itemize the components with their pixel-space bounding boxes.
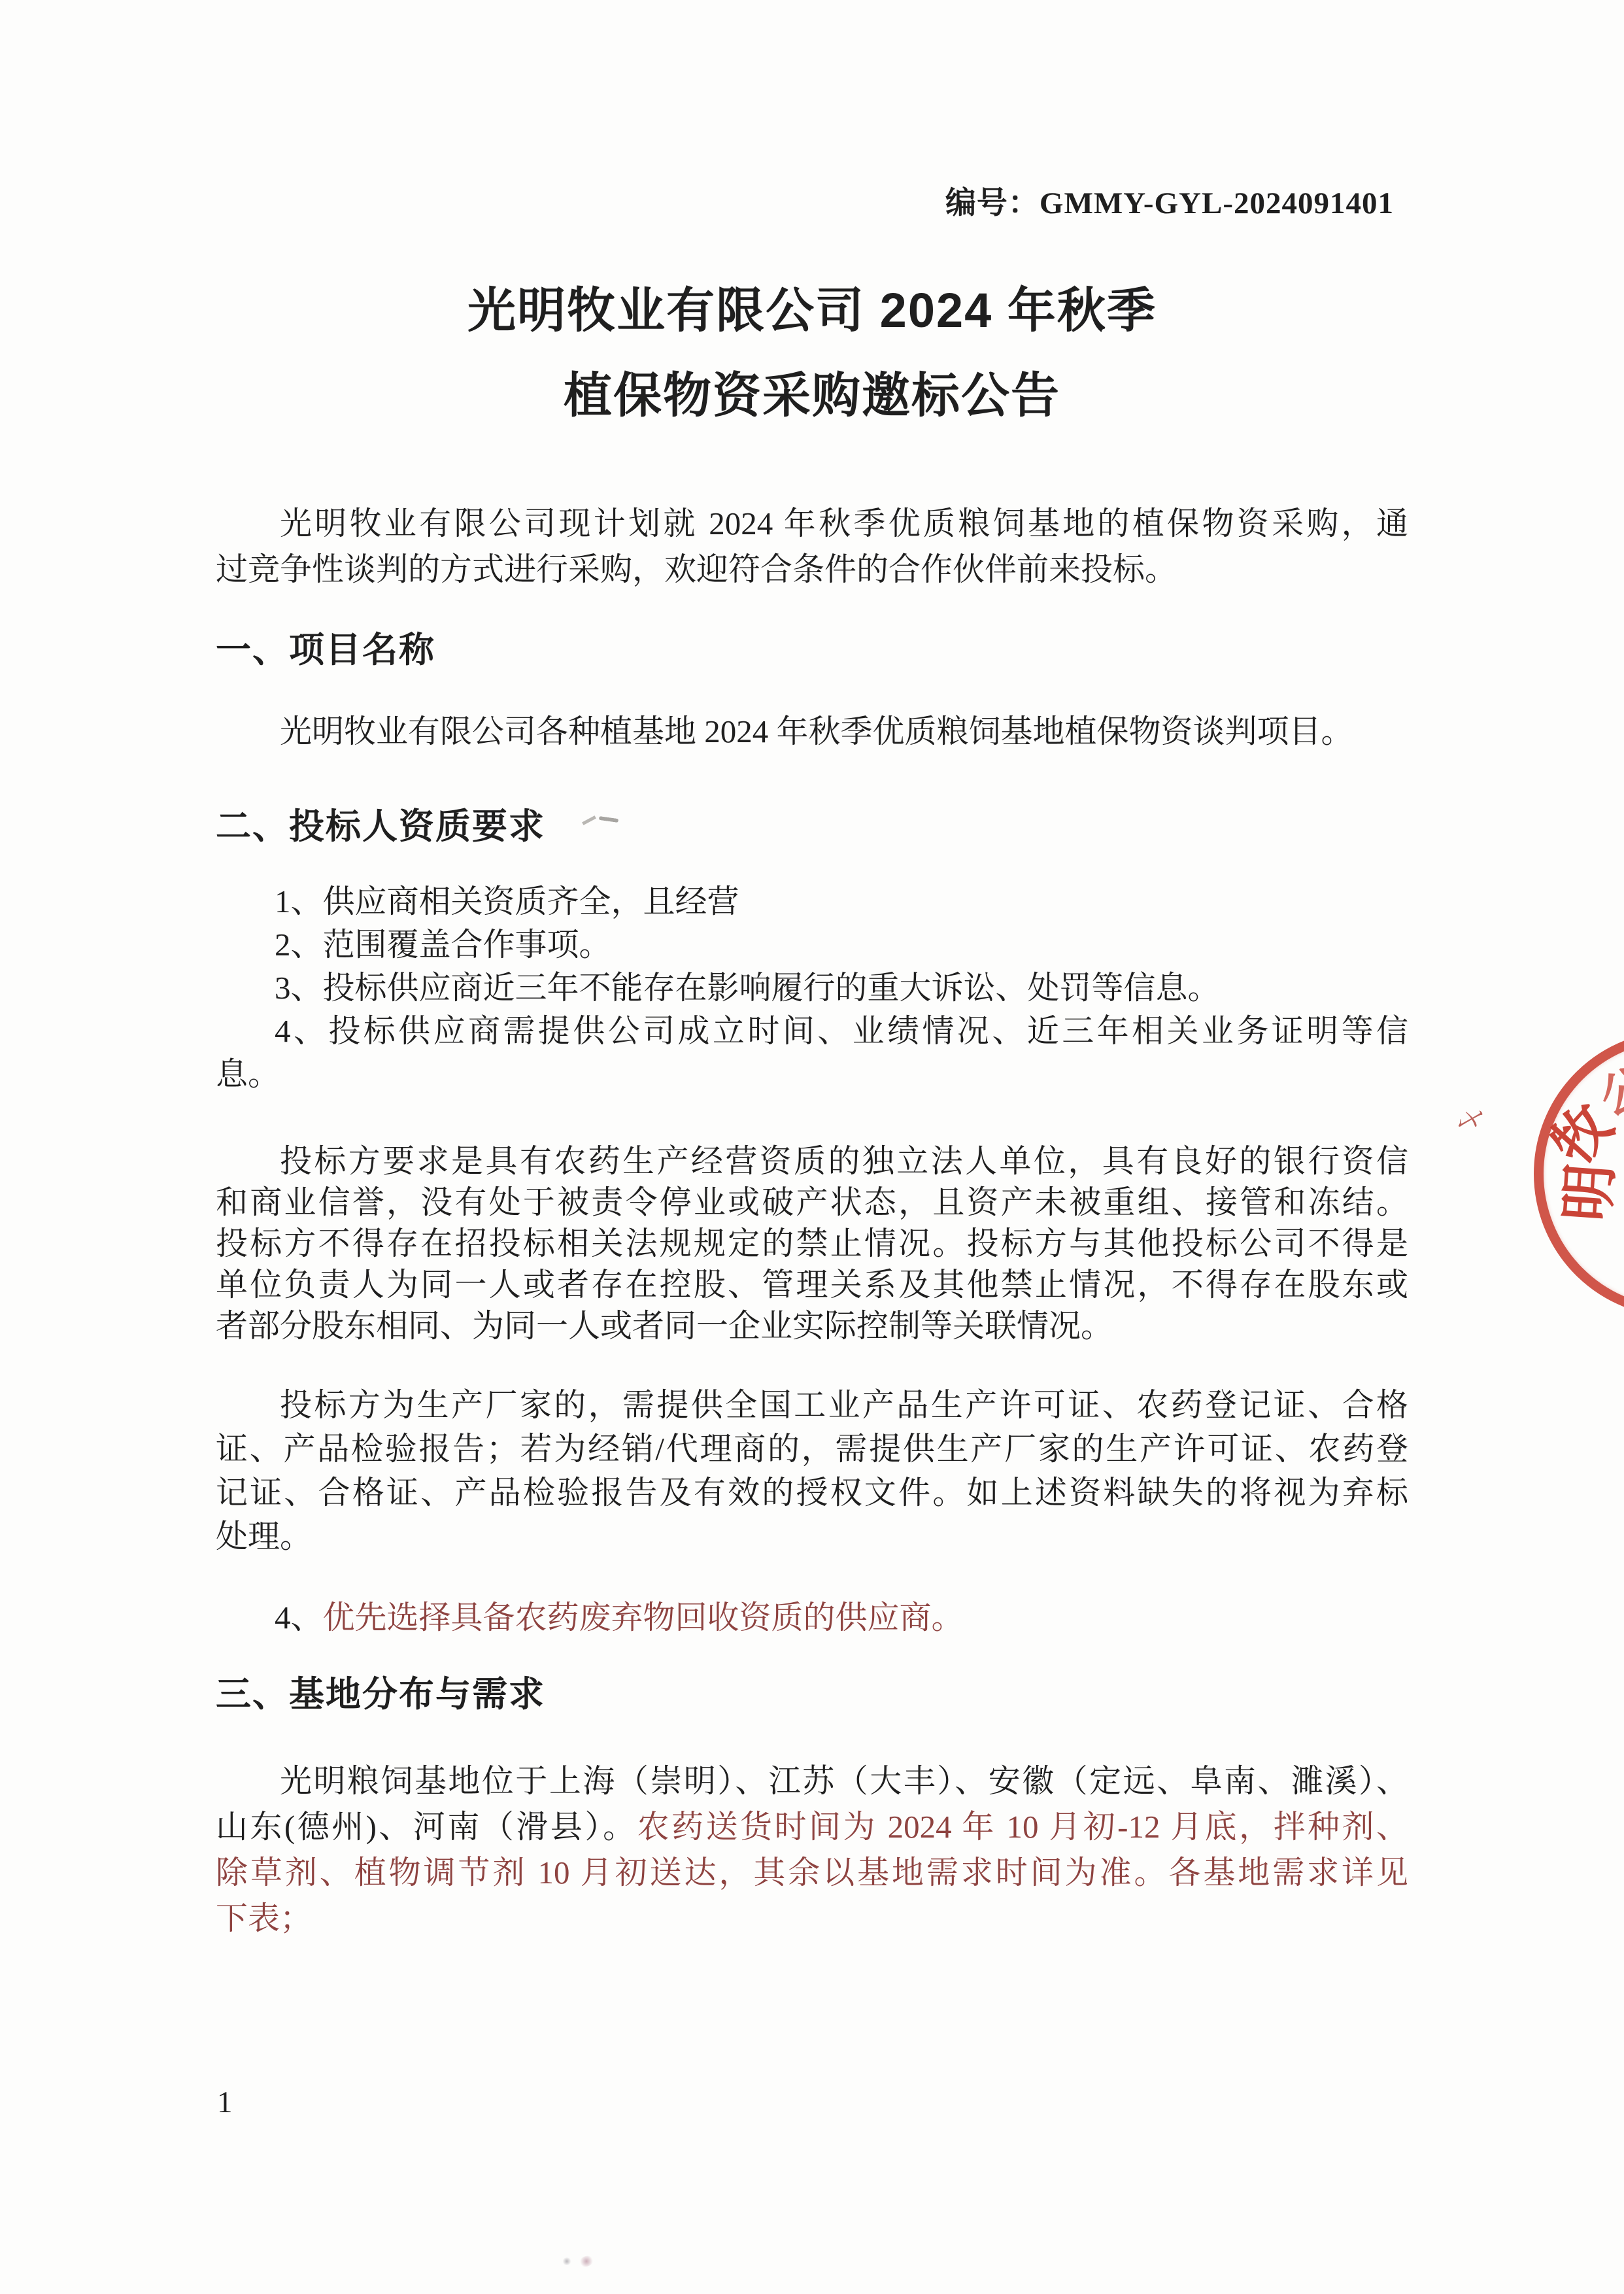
priority-red-text: 优先选择具备农药废弃物回收资质的供应商。 — [323, 1600, 964, 1635]
list-item: 4、投标供应商需提供公司成立时间、业绩情况、近三年相关业务证明等信 — [216, 1010, 1408, 1053]
paragraph-line: 投标方为生产厂家的，需提供全国工业产品生产许可证、农药登记证、合格 — [216, 1383, 1408, 1427]
paragraph-line: 投标方不得存在招投标相关法规规定的禁止情况。投标方与其他投标公司不得是 — [216, 1223, 1408, 1264]
page-number: 1 — [217, 2085, 233, 2120]
document-title-line2: 植保物资采购邀标公告 — [216, 366, 1408, 425]
document-title-line1: 光明牧业有限公司 2024 年秋季 — [216, 281, 1408, 340]
qualification-list: 1、供应商相关资质齐全，且经营 2、范围覆盖合作事项。 3、投标供应商近三年不能… — [216, 880, 1408, 1096]
bases-black-text: 山东(德州)、河南（滑县）。 — [216, 1809, 637, 1845]
seal-character-ming: 明 — [1542, 1161, 1624, 1224]
scan-smudge-artifact — [578, 2254, 595, 2269]
intro-line: 光明牧业有限公司现计划就 2024 年秋季优质粮饲基地的植保物资采购，通 — [216, 501, 1408, 547]
manufacturer-docs-paragraph: 投标方为生产厂家的，需提供全国工业产品生产许可证、农药登记证、合格 证、产品检验… — [216, 1383, 1408, 1558]
paragraph-line: 处理。 — [216, 1515, 1408, 1558]
list-item-wrap: 息。 — [216, 1053, 1408, 1096]
bidder-requirement-paragraph: 投标方要求是具有农药生产经营资质的独立法人单位，具有良好的银行资信 和商业信誉，… — [216, 1140, 1408, 1346]
section1-heading: 一、项目名称 — [216, 629, 1408, 671]
paragraph-line: 投标方要求是具有农药生产经营资质的独立法人单位，具有良好的银行资信 — [216, 1140, 1408, 1182]
paragraph-line-red: 下表； — [216, 1896, 1408, 1942]
base-distribution-paragraph: 光明粮饲基地位于上海（崇明）、江苏（大丰）、安徽（定远、阜南、濉溪）、 山东(德… — [216, 1758, 1408, 1942]
paragraph-line: 单位负责人为同一人或者存在控股、管理关系及其他禁止情况，不得存在股东或 — [216, 1264, 1408, 1305]
paragraph-line: 山东(德州)、河南（滑县）。农药送货时间为 2024 年 10 月初-12 月底… — [216, 1804, 1408, 1850]
section1-body: 光明牧业有限公司各种植基地 2024 年秋季优质粮饲基地植保物资谈判项目。 — [216, 709, 1408, 755]
intro-paragraph: 光明牧业有限公司现计划就 2024 年秋季优质粮饲基地的植保物资采购，通 过竞争… — [216, 501, 1408, 592]
document-number: 编号：GMMY-GYL-2024091401 — [216, 184, 1408, 222]
pencil-smudge-artifact — [582, 811, 621, 828]
delivery-time-red-text: 农药送货时间为 2024 年 10 月初-12 月底，拌种剂、 — [637, 1809, 1408, 1845]
intro-line: 过竞争性谈判的方式进行采购，欢迎符合条件的合作伙伴前来投标。 — [216, 547, 1408, 592]
paragraph-line: 证、产品检验报告；若为经销/代理商的，需提供生产厂家的生产许可证、农药登 — [216, 1427, 1408, 1471]
document-content: 编号：GMMY-GYL-2024091401 光明牧业有限公司 2024 年秋季… — [0, 184, 1624, 1942]
section2-heading-text: 二、投标人资质要求 — [216, 807, 545, 846]
scan-smudge-artifact — [562, 2257, 571, 2265]
project-name-line: 光明牧业有限公司各种植基地 2024 年秋季优质粮饲基地植保物资谈判项目。 — [216, 709, 1408, 755]
priority-line: 4、优先选择具备农药废弃物回收资质的供应商。 — [216, 1595, 1408, 1641]
list-item: 3、投标供应商近三年不能存在影响履行的重大诉讼、处罚等信息。 — [216, 967, 1408, 1010]
paragraph-line-red: 除草剂、植物调节剂 10 月初送达，其余以基地需求时间为准。各基地需求详见 — [216, 1850, 1408, 1896]
paragraph-line: 者部分股东相同、为同一人或者同一企业实际控制等关联情况。 — [216, 1305, 1408, 1346]
section3-heading: 三、基地分布与需求 — [216, 1673, 1408, 1715]
scanned-document-page: 编号：GMMY-GYL-2024091401 光明牧业有限公司 2024 年秋季… — [0, 0, 1624, 2294]
paragraph-line: 和商业信誉，没有处于被责令停业或破产状态，且资产未被重组、接管和冻结。 — [216, 1182, 1408, 1223]
paragraph-line: 记证、合格证、产品检验报告及有效的授权文件。如上述资料缺失的将视为弃标 — [216, 1471, 1408, 1515]
list-item: 1、供应商相关资质齐全，且经营 — [216, 880, 1408, 923]
priority-supplier-item: 4、优先选择具备农药废弃物回收资质的供应商。 — [216, 1595, 1408, 1641]
section2-heading: 二、投标人资质要求 — [216, 806, 1408, 847]
paragraph-line: 光明粮饲基地位于上海（崇明）、江苏（大丰）、安徽（定远、阜南、濉溪）、 — [216, 1758, 1408, 1804]
list-item: 2、范围覆盖合作事项。 — [216, 923, 1408, 967]
priority-marker: 4、 — [275, 1600, 323, 1635]
